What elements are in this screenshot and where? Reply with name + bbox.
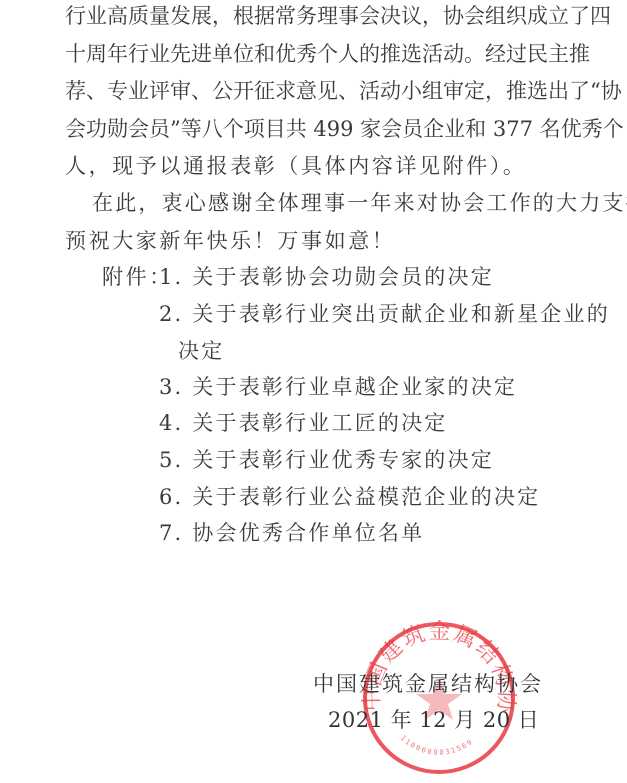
attachment-item-6: 6. 关于表彰行业公益模范企业的决定 (159, 485, 540, 509)
official-seal-icon: 中国建筑金属结构协会 1100000031569 (361, 620, 517, 776)
attachment-item-2: 2. 关于表彰行业突出贡献企业和新星企业的 (159, 302, 610, 326)
attachment-item-2-cont: 决定 (178, 339, 224, 363)
body-line-4: 会功勋会员”等八个项目共 499 家会员企业和 377 名优秀个 (65, 117, 578, 141)
attachment-item-3: 3. 关于表彰行业卓越企业家的决定 (159, 375, 517, 399)
svg-text:1100000031569: 1100000031569 (399, 734, 475, 757)
signature-date: 2021 年 12 月 20 日 (328, 708, 539, 732)
attachment-item-4: 4. 关于表彰行业工匠的决定 (159, 411, 448, 435)
attachment-item-1: 1. 关于表彰协会功勋会员的决定 (159, 265, 494, 289)
body-line-5: 人，现予以通报表彰（具体内容详见附件）。 (65, 154, 527, 178)
body-line-6: 在此，衷心感谢全体理事一年来对协会工作的大力支持。 (92, 191, 627, 215)
body-line-2: 十周年行业先进单位和优秀个人的推选活动。经过民主推 (65, 42, 578, 66)
body-line-3: 荐、专业评审、公开征求意见、活动小组审定，推选出了“协 (65, 79, 578, 103)
body-line-7: 预祝大家新年快乐！万事如意！ (65, 229, 395, 253)
attachment-item-5: 5. 关于表彰行业优秀专家的决定 (159, 448, 494, 472)
body-line-1: 行业高质量发展，根据常务理事会决议，协会组织成立了四 (65, 4, 578, 28)
attachment-item-7: 7. 协会优秀合作单位名单 (159, 521, 424, 545)
signature-organization: 中国建筑金属结构协会 (313, 672, 543, 696)
